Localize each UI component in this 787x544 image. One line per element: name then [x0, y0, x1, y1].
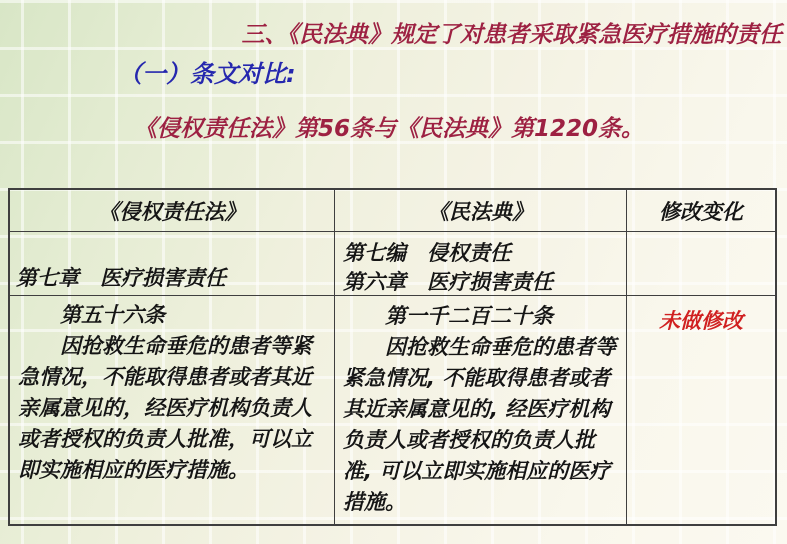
- chapter-cell-tort-law: 第七章 医疗损害责任: [10, 232, 335, 296]
- comparison-intro-line: 《侵权责任法》第56条与《民法典》第1220条。: [134, 114, 644, 145]
- comparison-table: 《侵权责任法》 《民法典》 修改变化 第七章 医疗损害责任 第七编 侵权责任 第…: [8, 188, 777, 526]
- slide-title: 三、《民法典》规定了对患者采取紧急医疗措施的责任: [242, 20, 783, 50]
- article-cell-tort-law-56: 第五十六条 因抢救生命垂危的患者等紧 急情况，不能取得患者或者其近 亲属意见的，…: [10, 296, 335, 524]
- presentation-slide: 三、《民法典》规定了对患者采取紧急医疗措施的责任 （一）条文对比: 《侵权责任法…: [0, 0, 787, 544]
- header-civil-code: 《民法典》: [335, 190, 627, 232]
- chapter-cell-change-empty: [627, 232, 775, 296]
- article-cell-no-modification: 未做修改: [627, 296, 775, 524]
- chapter-cell-civil-code: 第七编 侵权责任 第六章 医疗损害责任: [335, 232, 627, 296]
- header-tort-liability-law: 《侵权责任法》: [10, 190, 335, 232]
- slide-subtitle: （一）条文对比:: [118, 59, 296, 89]
- header-modification-changes: 修改变化: [627, 190, 775, 232]
- article-cell-civil-code-1220: 第一千二百二十条 因抢救生命垂危的患者等 紧急情况, 不能取得患者或者 其近亲属…: [335, 296, 627, 524]
